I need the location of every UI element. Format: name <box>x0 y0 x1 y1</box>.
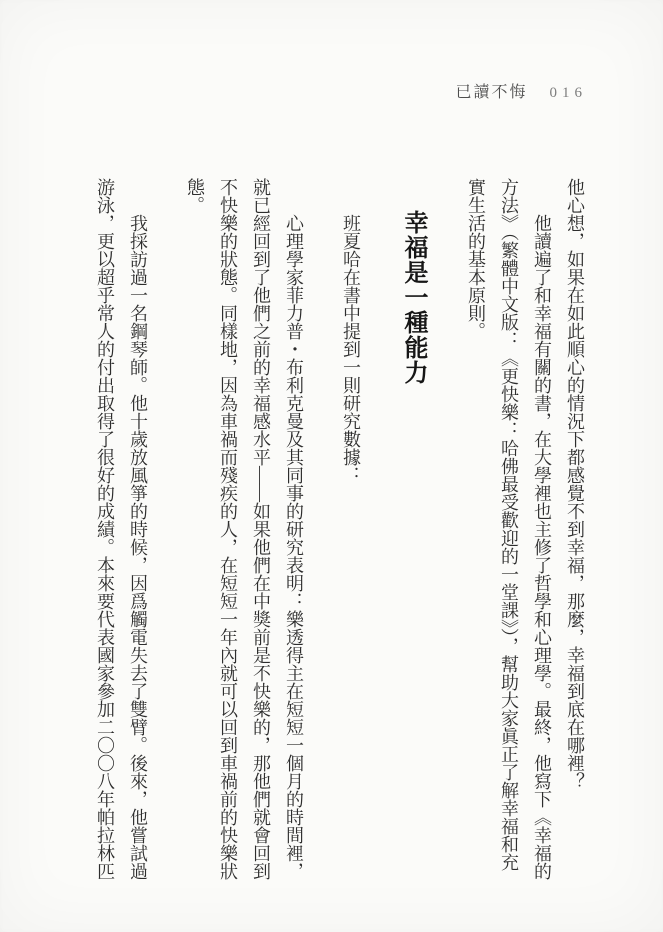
book-page: 已讀不悔 016 他心想，如果在如此順心的情況下都感覺不到幸福，那麼，幸福到底在… <box>0 0 663 932</box>
paragraph-carryover: 他心想，如果在如此順心的情況下都感覺不到幸福，那麼，幸福到底在哪裡？ <box>558 178 591 880</box>
book-title: 已讀不悔 <box>455 79 527 102</box>
paragraph-lottery-study: 心理學家菲力普・布利克曼及其同事的研究表明：樂透得主在短短一個月的時間裡，就已經… <box>178 178 310 880</box>
page-body: 他心想，如果在如此順心的情況下都感覺不到幸福，那麼，幸福到底在哪裡？ 他讀遍了和… <box>79 178 591 880</box>
running-header: 已讀不悔 016 <box>455 79 587 102</box>
paragraph-pianist: 我採訪過一名鋼琴師。他十歲放風箏的時候，因爲觸電失去了雙臂。後來，他嘗試過游泳，… <box>88 178 154 880</box>
section-title: 幸福是一種能力 <box>393 178 433 880</box>
paragraph-books: 他讀遍了和幸福有關的書，在大學裡也主修了哲學和心理學。最終，他寫下《幸福的方法》… <box>459 178 558 880</box>
page-number: 016 <box>550 85 588 102</box>
paragraph-study-intro: 班夏哈在書中提到一則研究數據： <box>334 178 367 880</box>
